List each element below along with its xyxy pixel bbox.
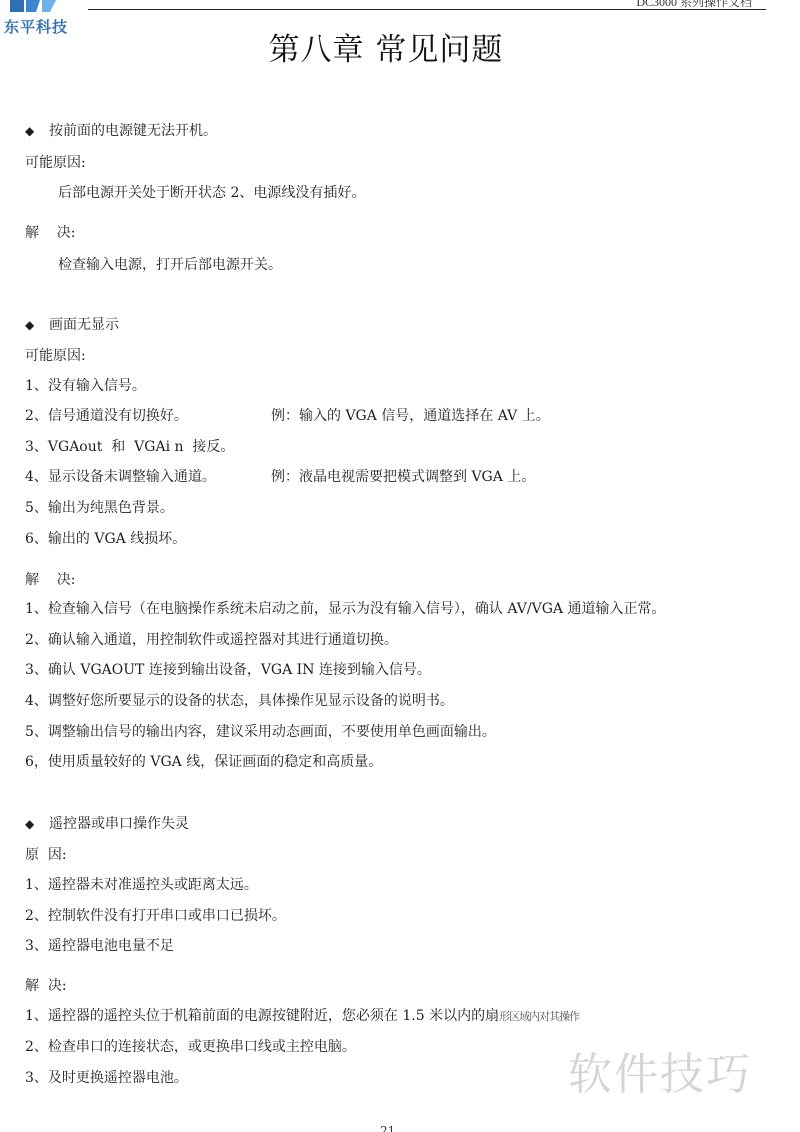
cause-example: 例：液晶电视需要把模式调整到 VGA 上。 (271, 468, 535, 486)
solution-item: 2、检查串口的连接状态，或更换串口线或主控电脑。 (25, 1038, 356, 1056)
logo-mark-icon (10, 0, 58, 14)
cause-example: 例：输入的 VGA 信号，通道选择在 AV 上。 (271, 407, 550, 425)
section-heading: ◆画面无显示 (25, 316, 119, 334)
diamond-bullet-icon: ◆ (25, 316, 43, 334)
solution-item: 1、检查输入信号（在电脑操作系统未启动之前，显示为没有输入信号），确认 AV/V… (25, 600, 665, 618)
solution-label: 解 决: (25, 571, 76, 589)
cause-item: 6、输出的 VGA 线损坏。 (25, 530, 186, 548)
section-heading: ◆遥控器或串口操作失灵 (25, 815, 189, 833)
solution-item: 4、调整好您所要显示的设备的状态，具体操作见显示设备的说明书。 (25, 692, 454, 710)
cause-item: 1、遥控器未对准遥控头或距离太远。 (25, 876, 258, 894)
watermark: 软件技巧 (568, 1038, 752, 1102)
solution-label: 解 决: (25, 977, 67, 995)
garbled-trailing-text: 形区域内对其操作 (499, 1010, 579, 1023)
cause-label: 可能原因: (25, 154, 86, 172)
diamond-bullet-icon: ◆ (25, 815, 43, 833)
chapter-title: 第八章 常见问题 (0, 24, 772, 69)
section-heading: ◆按前面的电源键无法开机。 (25, 122, 217, 140)
solution-item: 3、确认 VGAOUT 连接到输出设备，VGA IN 连接到输入信号。 (25, 661, 431, 679)
header-divider (88, 9, 766, 10)
cause-item: 2、控制软件没有打开串口或串口已损坏。 (25, 907, 286, 925)
solution-item: 1、遥控器的遥控头位于机箱前面的电源按键附近，您必须在 1.5 米以内的扇形区域… (25, 1007, 579, 1026)
page-number: 21 (380, 1124, 395, 1132)
solution-item: 6，使用质量较好的 VGA 线，保证画面的稳定和高质量。 (25, 753, 382, 771)
cause-item: 3、VGAout 和 VGAi n 接反。 (25, 438, 234, 456)
cause-item: 3、遥控器电池电量不足 (25, 937, 174, 955)
cause-label: 原 因: (25, 846, 67, 864)
cause-item: 4、显示设备未调整输入通道。 例：液晶电视需要把模式调整到 VGA 上。 (25, 468, 216, 486)
cause-item: 5、输出为纯黑色背景。 (25, 499, 174, 517)
solution-item: 5、调整输出信号的输出内容，建议采用动态画面，不要使用单色画面输出。 (25, 723, 496, 741)
cause-item: 1、没有输入信号。 (25, 377, 146, 395)
cause-item: 后部电源开关处于断开状态 2、电源线没有插好。 (58, 184, 365, 202)
solution-item: 3、及时更换遥控器电池。 (25, 1069, 188, 1087)
solution-item: 检查输入电源，打开后部电源开关。 (58, 256, 282, 274)
cause-label: 可能原因: (25, 347, 86, 365)
cause-item: 2、信号通道没有切换好。 例：输入的 VGA 信号，通道选择在 AV 上。 (25, 407, 188, 425)
diamond-bullet-icon: ◆ (25, 122, 43, 140)
solution-item: 2、确认输入通道，用控制软件或遥控器对其进行通道切换。 (25, 631, 398, 649)
solution-label: 解 决: (25, 224, 76, 242)
